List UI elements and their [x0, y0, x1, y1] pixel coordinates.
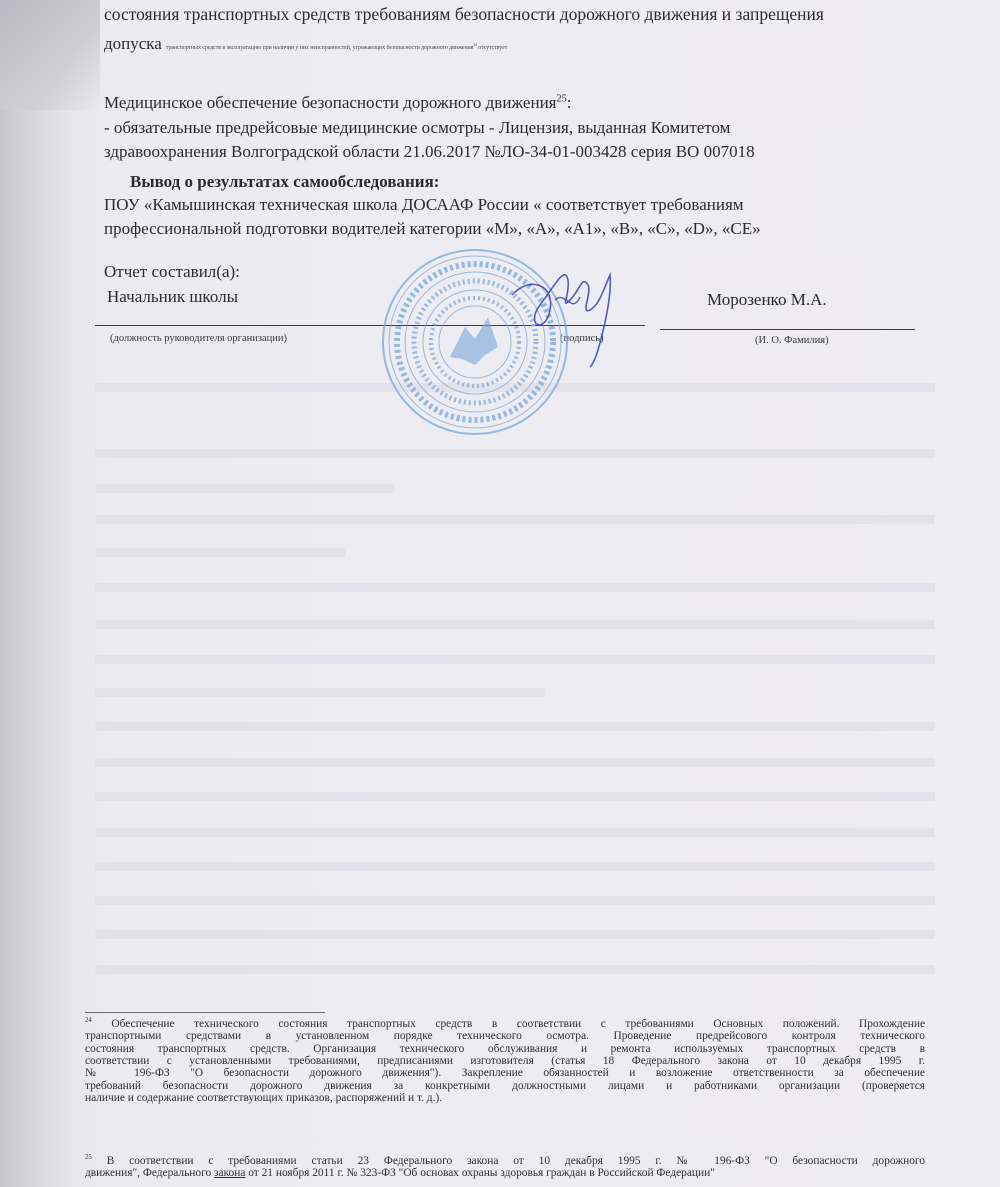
footnote-25-text: от 21 ноября 2011 г. № 323-ФЗ "Об основа… [245, 1167, 714, 1179]
position-value: Начальник школы [107, 287, 238, 307]
footnote-ref-25: 25 [557, 93, 567, 104]
footnote-24-line: требований безопасности дорожного движен… [85, 1080, 925, 1092]
bleed-through-line [95, 792, 935, 801]
small-text-end: отсутствует [477, 45, 507, 51]
footnote-25-text: движения", Федерального [85, 1167, 214, 1179]
handwritten-signature-icon [510, 255, 620, 370]
footnote-25-text: В соответствии с требованиями статьи 23 … [107, 1155, 925, 1167]
name-caption: (И. О. Фамилия) [755, 335, 829, 346]
bleed-through-line [95, 722, 935, 731]
conclusion-line-1: ПОУ «Камышинская техническая школа ДОСАА… [104, 195, 744, 215]
bleed-through-line [95, 688, 545, 697]
bleed-through-line [95, 655, 935, 664]
footnote-24: 24 Обеспечение технического состояния тр… [85, 1015, 925, 1105]
footnote-24-number: 24 [85, 1017, 92, 1024]
bleed-through-line [95, 449, 935, 458]
footnote-24-line: транспортными средствами в установленном… [85, 1030, 925, 1042]
footnote-24-line: № 196-ФЗ "О безопасности дорожного движе… [85, 1067, 925, 1079]
small-text: транспортных средств в эксплуатацию при … [166, 45, 474, 51]
footnote-separator [85, 1012, 325, 1013]
bleed-through-line [95, 896, 935, 905]
name-rule [660, 329, 915, 330]
compiled-by-label: Отчет составил(а): [104, 262, 240, 282]
continuation-line-2: допуска транспортных средств в эксплуата… [104, 34, 507, 54]
footnote-24-line: соответствии с установленными требования… [85, 1055, 925, 1067]
medical-heading-colon: : [567, 93, 572, 112]
medical-heading: Медицинское обеспечение безопасности дор… [104, 93, 571, 113]
bleed-through-line [95, 862, 935, 871]
continuation-line-2-large: допуска [104, 34, 162, 53]
conclusion-heading: Вывод о результатах самообследования: [130, 172, 439, 192]
page-fold-shadow [0, 0, 100, 110]
footnote-24-line: 24 Обеспечение технического состояния тр… [85, 1015, 925, 1030]
conclusion-line-2: профессиональной подготовки водителей ка… [104, 219, 761, 239]
continuation-line-2-small: транспортных средств в эксплуатацию при … [166, 45, 507, 51]
bleed-through-line [95, 758, 935, 767]
medical-line-1: - обязательные предрейсовые медицинские … [104, 118, 730, 138]
bleed-through-line [95, 548, 345, 557]
footnote-24-line: состояния транспортных средств. Организа… [85, 1043, 925, 1055]
footnote-24-text: Обеспечение технического состояния транс… [111, 1018, 925, 1030]
footnote-24-line: наличие и содержание соответствующих при… [85, 1092, 925, 1104]
position-caption: (должность руководителя организации) [110, 333, 287, 344]
bleed-through-line [95, 965, 935, 974]
bleed-through-line [95, 620, 935, 629]
bleed-through-line [95, 930, 935, 939]
scanned-page: состояния транспортных средств требовани… [0, 0, 1000, 1187]
bleed-through-line [95, 828, 935, 837]
bleed-through-line [95, 484, 395, 493]
footnote-25-number: 25 [85, 1154, 92, 1161]
footnote-25-line: 25 В соответствии с требованиями статьи … [85, 1152, 925, 1167]
continuation-line-1: состояния транспортных средств требовани… [104, 4, 824, 25]
footnote-25-line: движения", Федерального закона от 21 ноя… [85, 1167, 925, 1179]
law-link[interactable]: закона [214, 1167, 245, 1179]
medical-heading-text: Медицинское обеспечение безопасности дор… [104, 93, 557, 112]
bleed-through-line [95, 515, 935, 524]
footnote-25: 25 В соответствии с требованиями статьи … [85, 1152, 925, 1180]
medical-line-2: здравоохранения Волгоградской области 21… [104, 142, 755, 162]
bleed-through-line [95, 583, 935, 592]
name-value: Морозенко М.А. [707, 290, 827, 310]
